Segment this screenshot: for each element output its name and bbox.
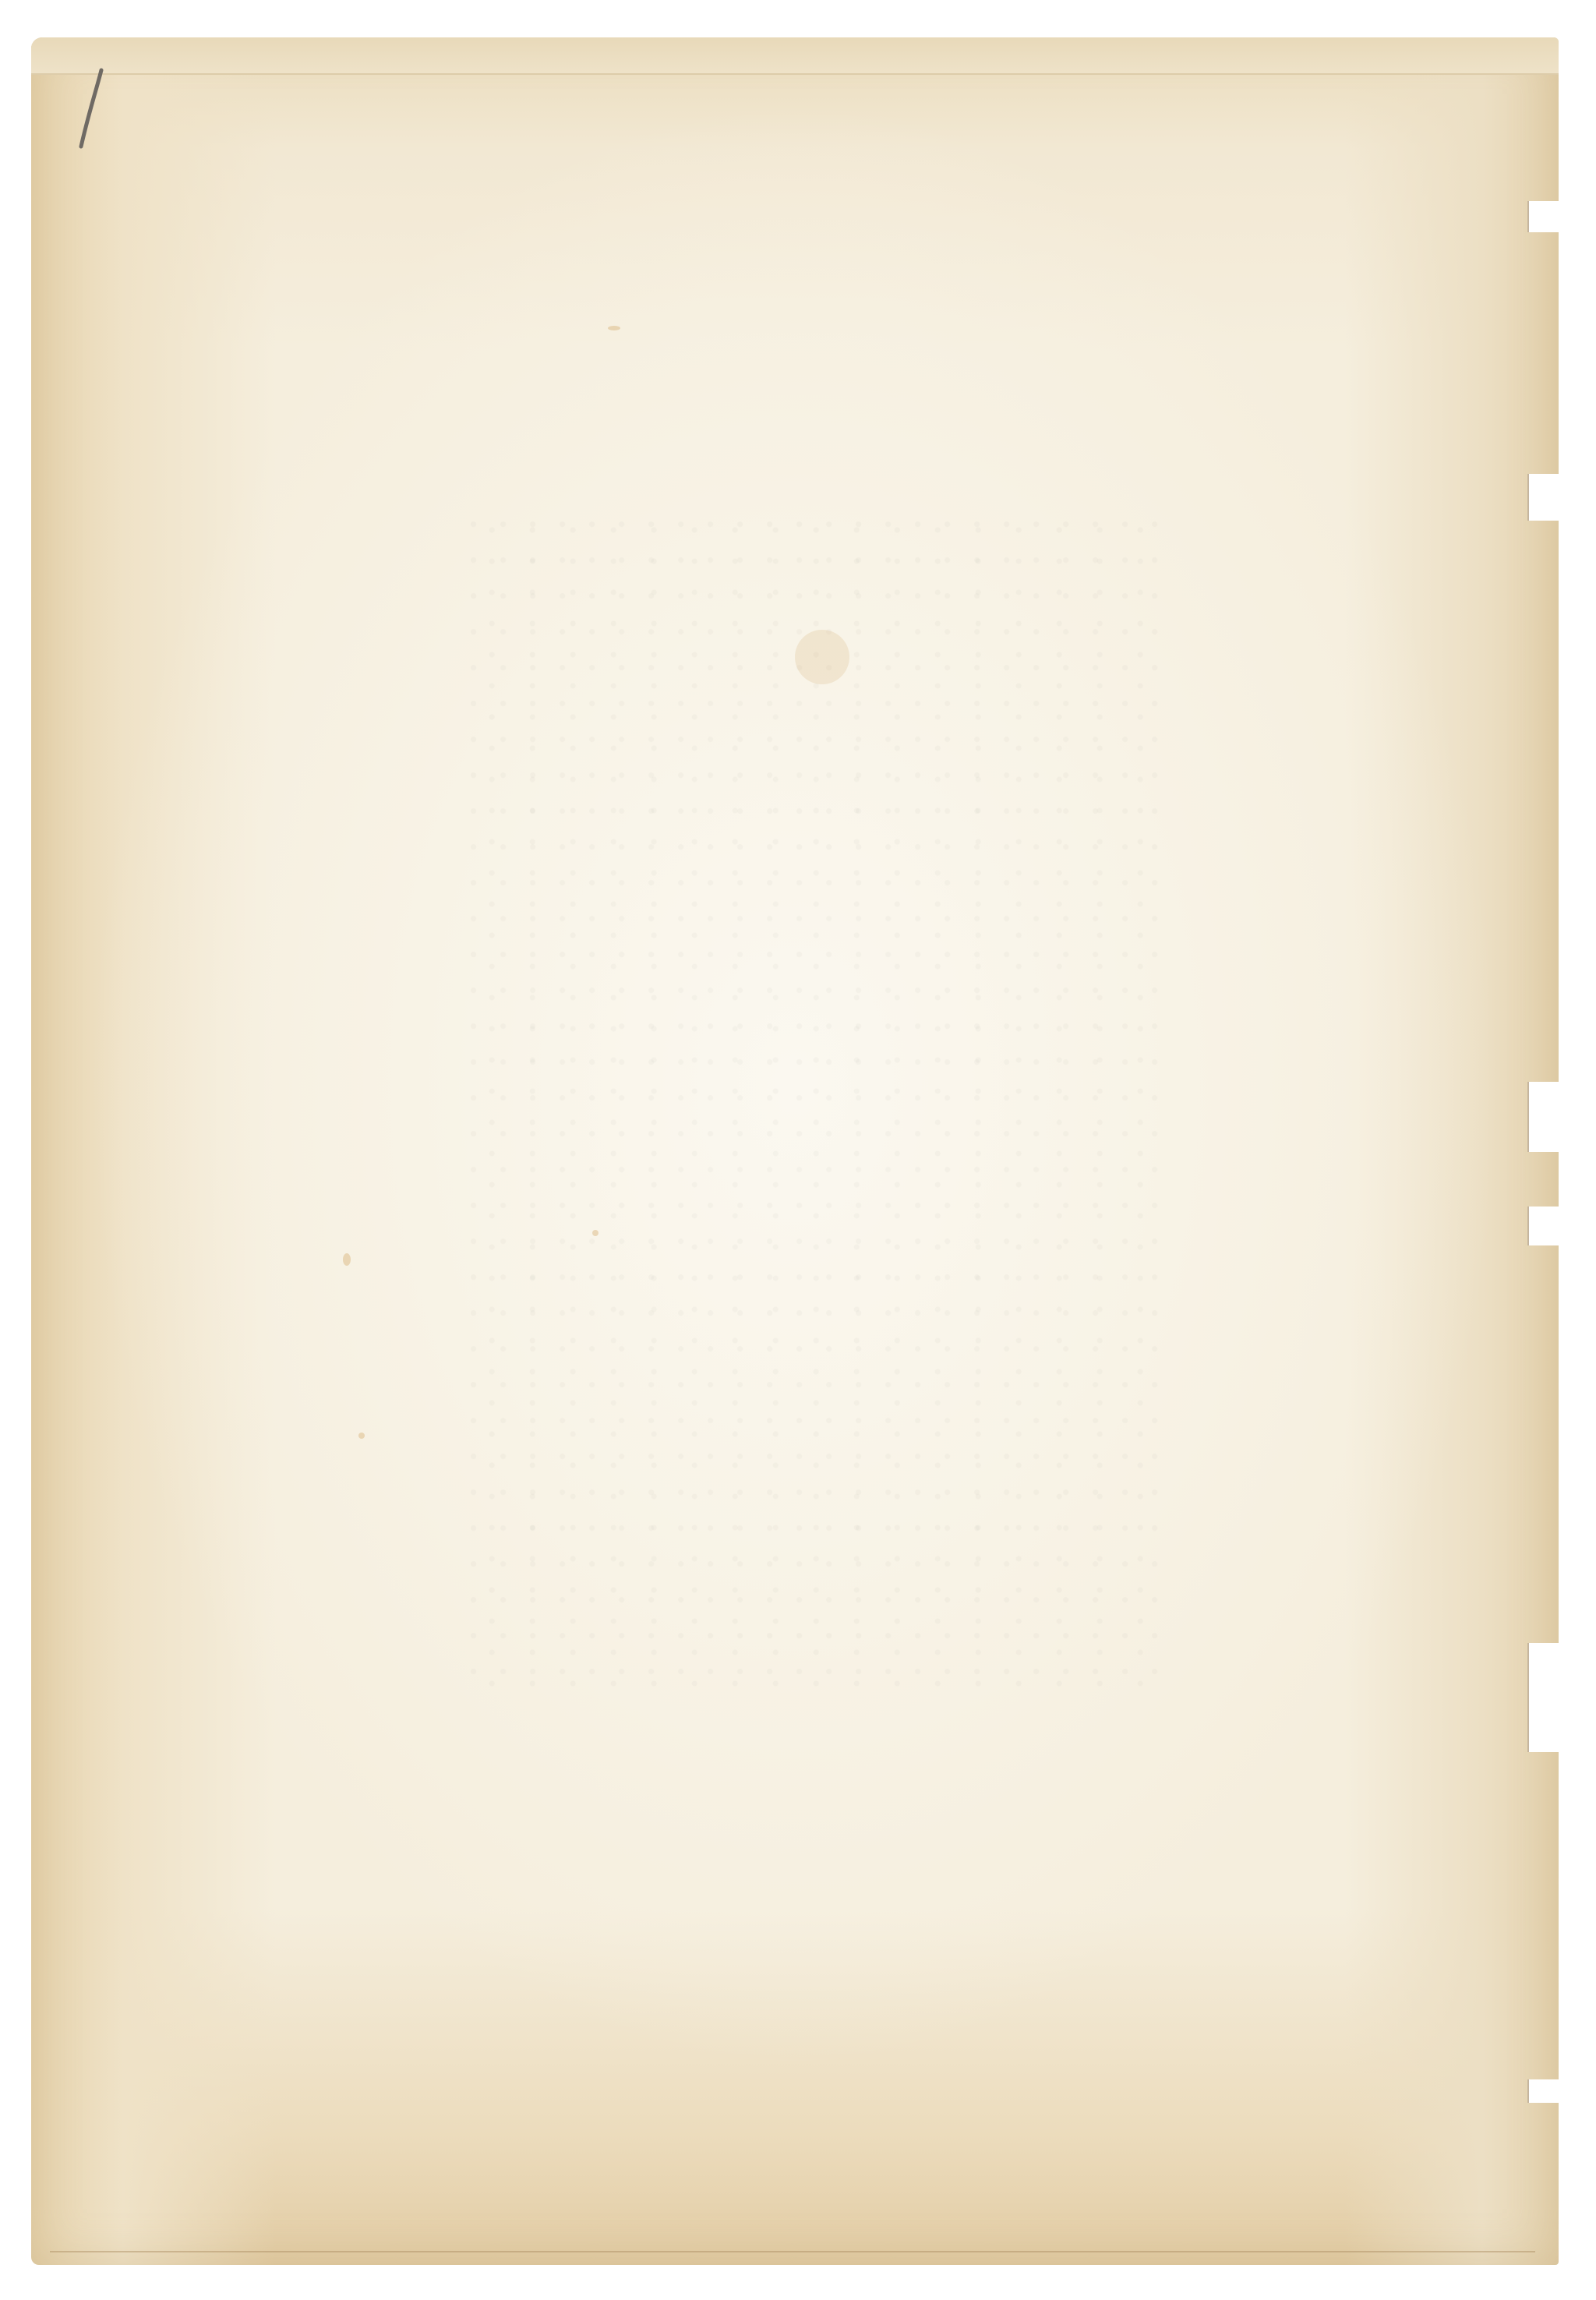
top-fold-band [31,37,1559,75]
foxing-spot [795,630,849,684]
foxing-spot [608,326,620,330]
torn-edge-notch [1527,201,1563,232]
plate-mark-line [50,2251,1535,2252]
torn-edge-notch [1527,1643,1563,1752]
foxing-spot [358,1433,365,1439]
paper-sheet: / [31,37,1559,2265]
foxing-spot [343,1253,351,1266]
torn-edge-notch [1527,1082,1563,1152]
torn-edge-notch [1527,474,1563,521]
ink-show-through [468,521,1169,1690]
page-body-text [31,37,32,38]
scan-canvas: / [0,0,1596,2300]
torn-edge-notch [1527,1207,1563,1245]
torn-edge-notch [1527,2079,1563,2103]
pencil-annotation-mark [65,65,112,159]
pencil-annotation-text: / [31,37,32,38]
foxing-spot [592,1230,598,1236]
